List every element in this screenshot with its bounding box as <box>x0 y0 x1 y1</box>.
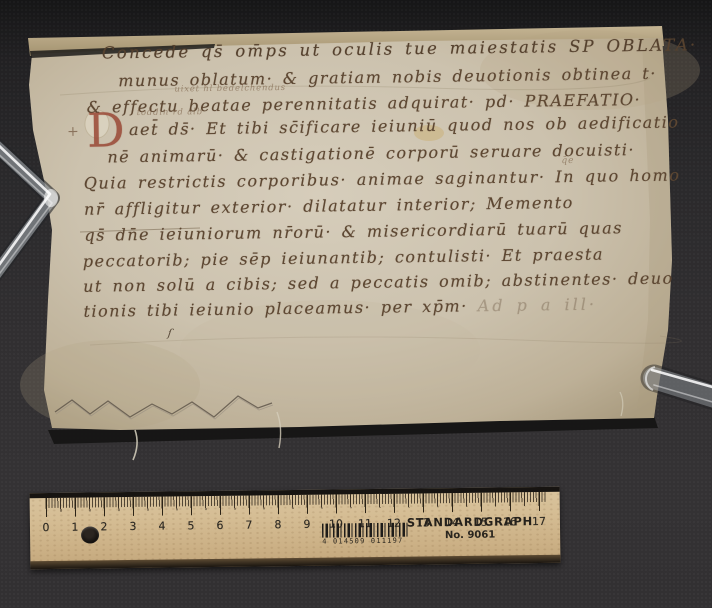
pen-trial-mark: ſ <box>167 326 173 339</box>
manuscript-line: nē animarū· & castigationē corporū serua… <box>107 140 635 166</box>
manuscript-line: peccatorib; pie sēp ieiunantib; contulis… <box>83 245 604 271</box>
manuscript-line: aet̄ ds̄· Et tibi sc̄ificare ieiuniū quo… <box>129 112 680 139</box>
ruler[interactable]: 0 1 2 3 4 5 6 7 8 9 10 11 12 13 14 15 16… <box>30 487 561 569</box>
interlinear-gloss: uixet hl bedelchendus <box>174 83 286 95</box>
ruler-model-label: No. 9061 <box>410 529 530 541</box>
interlinear-gloss: q̄e <box>561 156 574 166</box>
manuscript-line: Quia restrictis corporibus· animae sagin… <box>84 165 681 192</box>
margin-cross-mark: + <box>67 124 79 140</box>
manuscript-line-text: tionis tibi ieiunio placeamus· per xp̄m· <box>83 296 467 320</box>
erased-text: Ad p a ill· <box>478 295 598 316</box>
manuscript-line: nr̄ affligitur exterior· dilatatur inter… <box>84 193 574 219</box>
ruler-number: 3 <box>124 520 142 533</box>
barcode-digits: 4 014509 011197 <box>322 537 408 546</box>
ruler-number: 7 <box>240 518 258 531</box>
manuscript-line: Concede qs̄ om̄ps ut oculis tue maiestat… <box>102 35 698 62</box>
ruler-number: 0 <box>37 521 55 534</box>
ruler-number: 4 <box>153 520 171 533</box>
ruler-number: 9 <box>298 518 316 531</box>
manuscript-line: ut non solū a cibis; sed a peccatis omib… <box>83 269 674 296</box>
manuscript-line: qs̄ dn̄e ieiuniorum nr̄orū· & misericord… <box>84 218 623 245</box>
ruler-number: 5 <box>182 519 200 532</box>
interlinear-gloss: toddin rd alb <box>137 107 203 118</box>
ruler-number: 8 <box>269 518 287 531</box>
ruler-hole <box>81 526 99 543</box>
ruler-brand-label: STANDARDGRAPH <box>390 514 550 530</box>
manuscript-line: tionis tibi ieiunio placeamus· per xp̄m·… <box>83 295 597 321</box>
ruler-number: 6 <box>211 519 229 532</box>
photo-stage: D + Concede qs̄ om̄ps ut oculis tue maie… <box>0 0 712 608</box>
